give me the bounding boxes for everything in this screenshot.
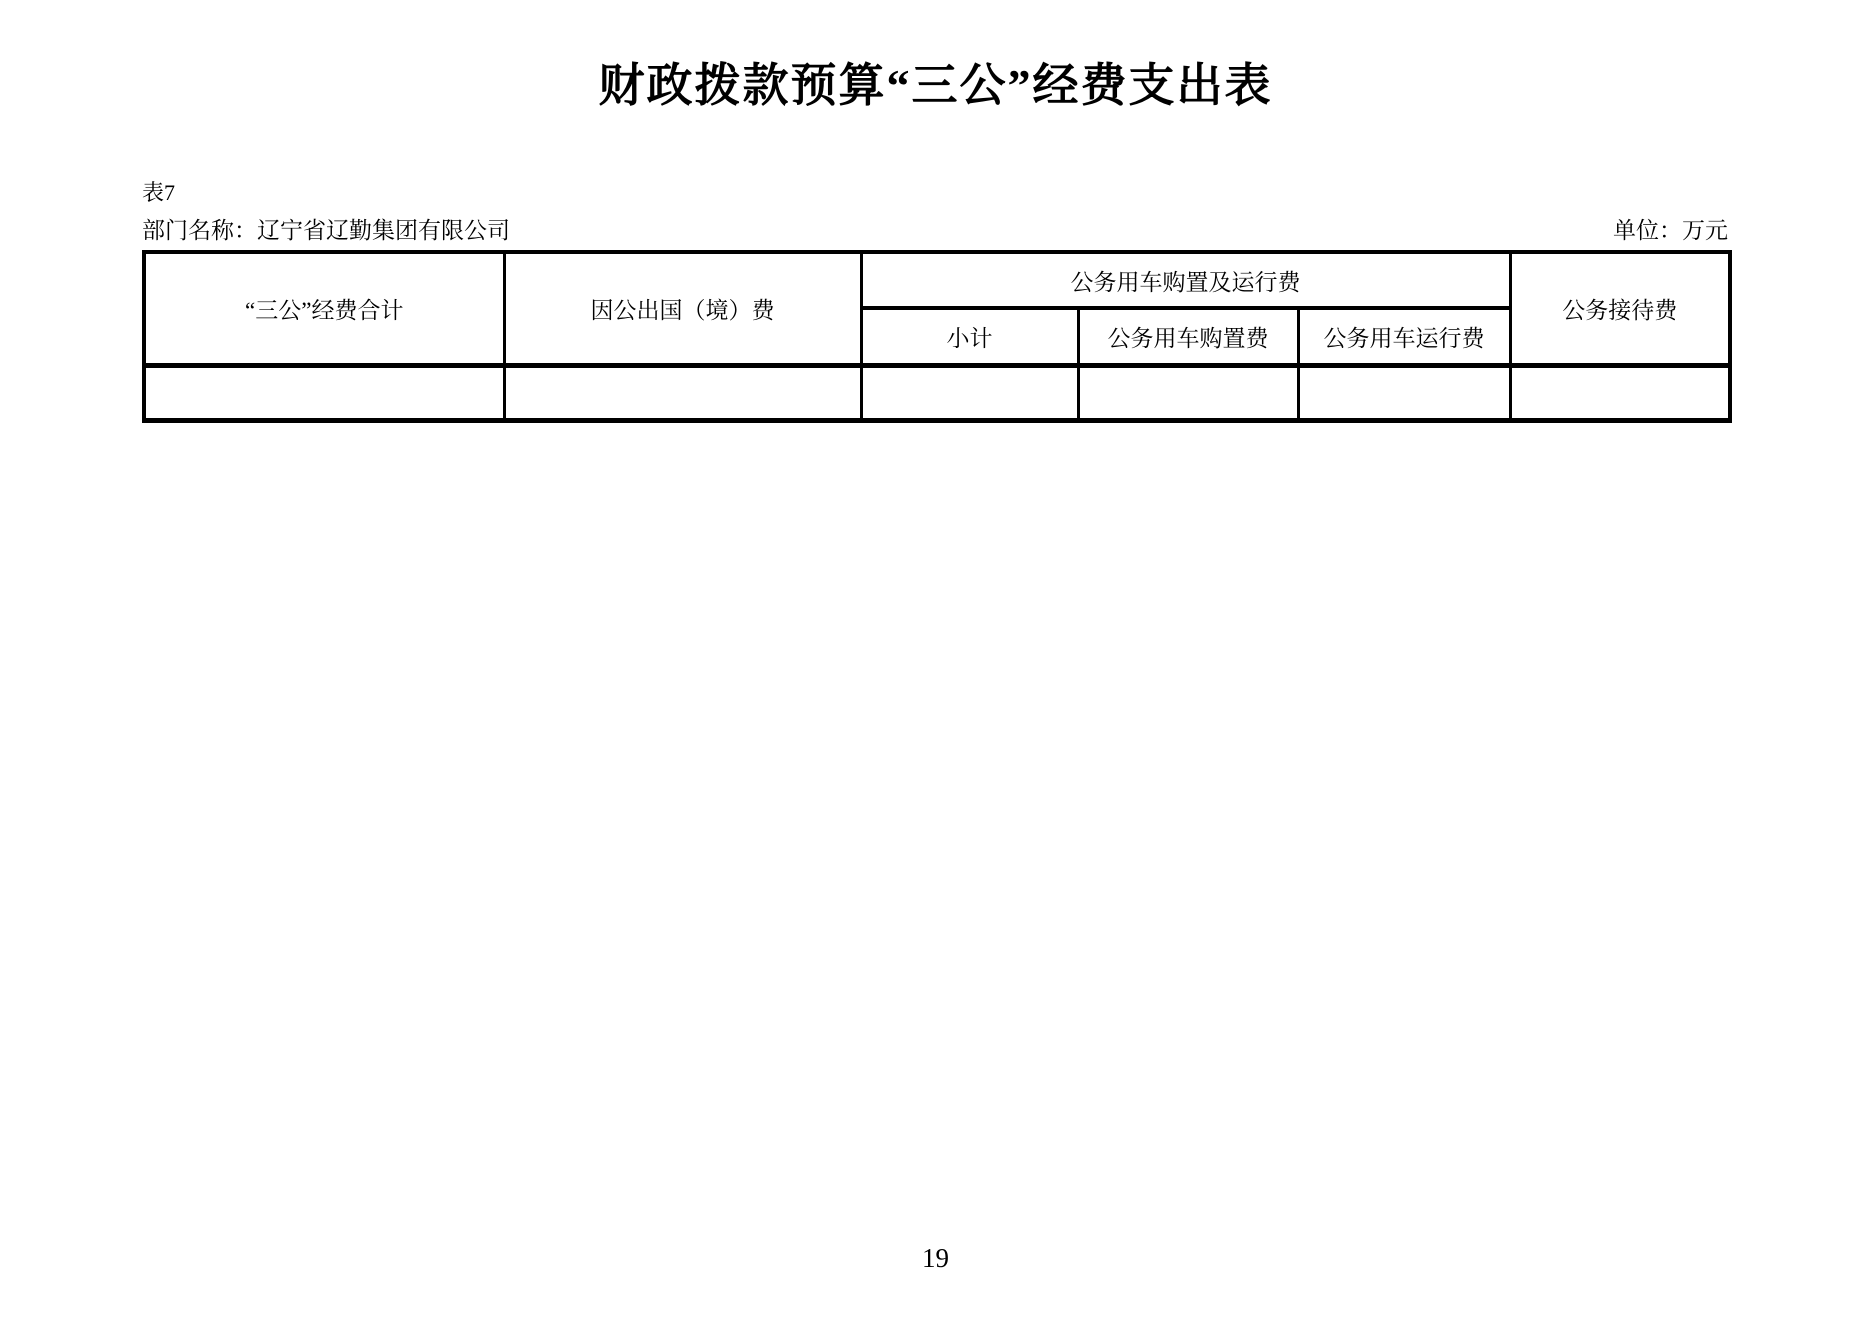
cell-vehicle-operation [1298,365,1510,420]
header-vehicle-subtotal: 小计 [861,308,1078,365]
header-reception-expense: 公务接待费 [1510,252,1730,365]
cell-vehicle-purchase [1078,365,1298,420]
cell-reception-expense [1510,365,1730,420]
header-row-top: “三公”经费合计 因公出国（境）费 公务用车购置及运行费 公务接待费 [144,252,1730,308]
table-row [144,365,1730,420]
header-vehicle-purchase: 公务用车购置费 [1078,308,1298,365]
three-public-expense-table: “三公”经费合计 因公出国（境）费 公务用车购置及运行费 公务接待费 小计 公务… [142,250,1732,423]
cell-abroad-expense [504,365,861,420]
header-total-expense: “三公”经费合计 [144,252,504,365]
page-title: 财政拨款预算“三公”经费支出表 [0,58,1871,113]
header-vehicle-group: 公务用车购置及运行费 [861,252,1510,308]
department-name-label: 部门名称：辽宁省辽勤集团有限公司 [142,216,510,246]
document-page: 财政拨款预算“三公”经费支出表 表7 部门名称：辽宁省辽勤集团有限公司 单位：万… [0,0,1871,1323]
cell-vehicle-subtotal [861,365,1078,420]
page-number: 19 [0,1243,1871,1274]
header-vehicle-operation: 公务用车运行费 [1298,308,1510,365]
cell-total-expense [144,365,504,420]
table-number-label: 表7 [142,180,175,206]
header-abroad-expense: 因公出国（境）费 [504,252,861,365]
table-meta-row: 部门名称：辽宁省辽勤集团有限公司 单位：万元 [142,216,1728,246]
unit-label: 单位：万元 [1613,216,1728,246]
